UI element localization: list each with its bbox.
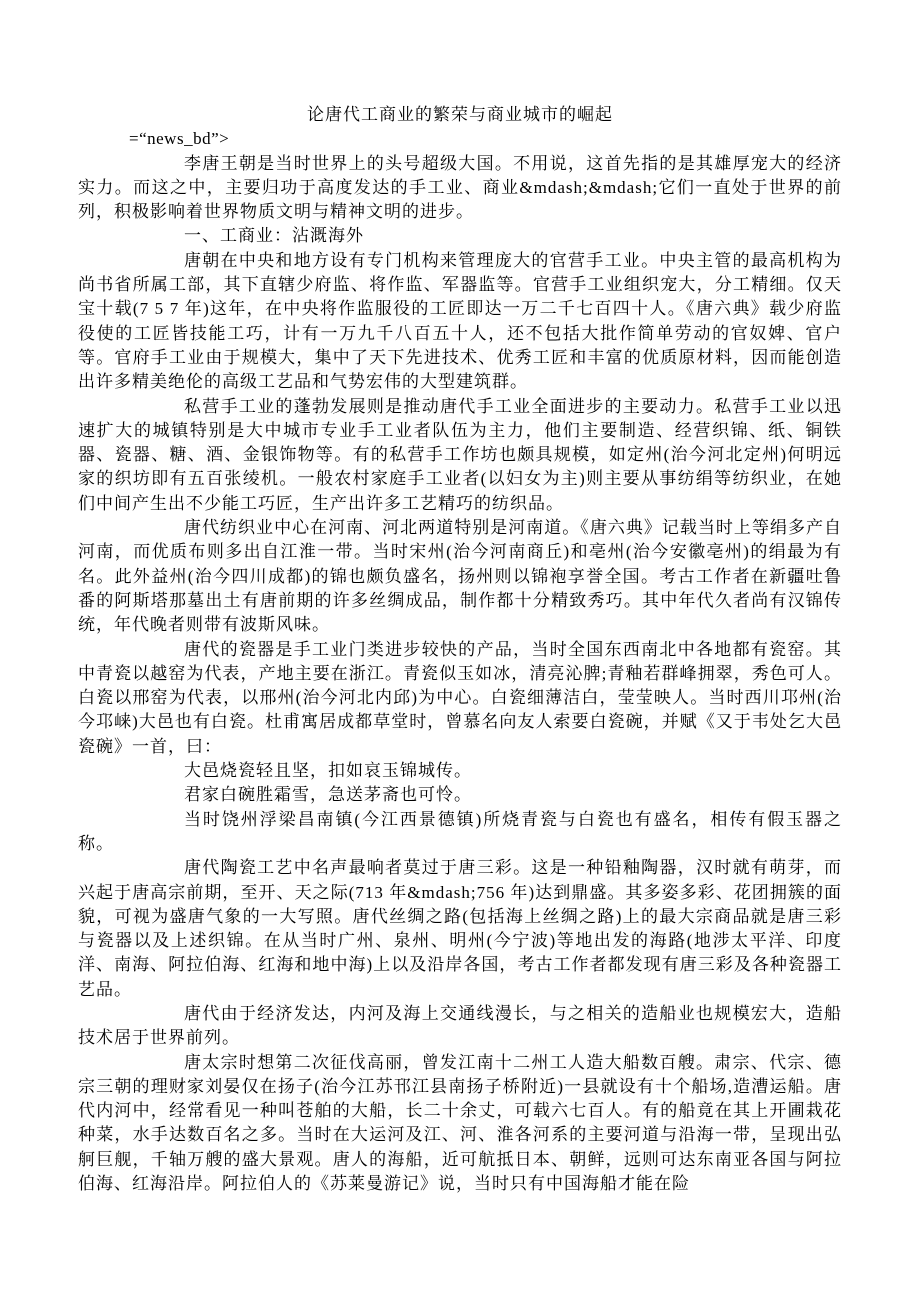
document-title: 论唐代工商业的繁荣与商业城市的崛起	[78, 103, 842, 127]
body-paragraph: 唐代纺织业中心在河南、河北两道特别是河南道。《唐六典》记载当时上等绢多产自河南，…	[78, 516, 842, 637]
verse-line: 大邑烧瓷轻且坚，扣如哀玉锦城传。	[78, 759, 842, 783]
body-paragraph: 唐朝在中央和地方设有专门机构来管理庞大的官营手工业。中央主管的最高机构为尚书省所…	[78, 249, 842, 395]
body-paragraph: 私营手工业的蓬勃发展则是推动唐代手工业全面进步的主要动力。私营手工业以迅速扩大的…	[78, 395, 842, 516]
document-page: 论唐代工商业的繁荣与商业城市的崛起 =“news_bd”> 李唐王朝是当时世界上…	[0, 0, 920, 1302]
body-paragraph: 唐代的瓷器是手工业门类进步较快的产品，当时全国东西南北中各地都有瓷窑。其中青瓷以…	[78, 638, 842, 759]
section-heading: 一、工商业：沾溉海外	[78, 224, 842, 248]
body-paragraph: 唐代由于经济发达，内河及海上交通线漫长，与之相关的造船业也规模宏大，造船技术居于…	[78, 1002, 842, 1051]
body-paragraph: 当时饶州浮梁昌南镇(今江西景德镇)所烧青瓷与白瓷也有盛名，相传有假玉器之称。	[78, 808, 842, 857]
paragraph-container: 李唐王朝是当时世界上的头号超级大国。不用说，这首先指的是其雄厚宠大的经济实力。而…	[78, 152, 842, 1197]
body-paragraph: 唐代陶瓷工艺中名声最响者莫过于唐三彩。这是一种铅釉陶器，汉时就有萌芽，而兴起于唐…	[78, 856, 842, 1002]
body-paragraph: 李唐王朝是当时世界上的头号超级大国。不用说，这首先指的是其雄厚宠大的经济实力。而…	[78, 152, 842, 225]
body-paragraph: 唐太宗时想第二次征伐高丽，曾发江南十二州工人造大船数百艘。肃宗、代宗、德宗三朝的…	[78, 1051, 842, 1197]
verse-line: 君家白碗胜霜雪，急送茅斋也可怜。	[78, 783, 842, 807]
meta-markup-line: =“news_bd”>	[78, 127, 842, 151]
